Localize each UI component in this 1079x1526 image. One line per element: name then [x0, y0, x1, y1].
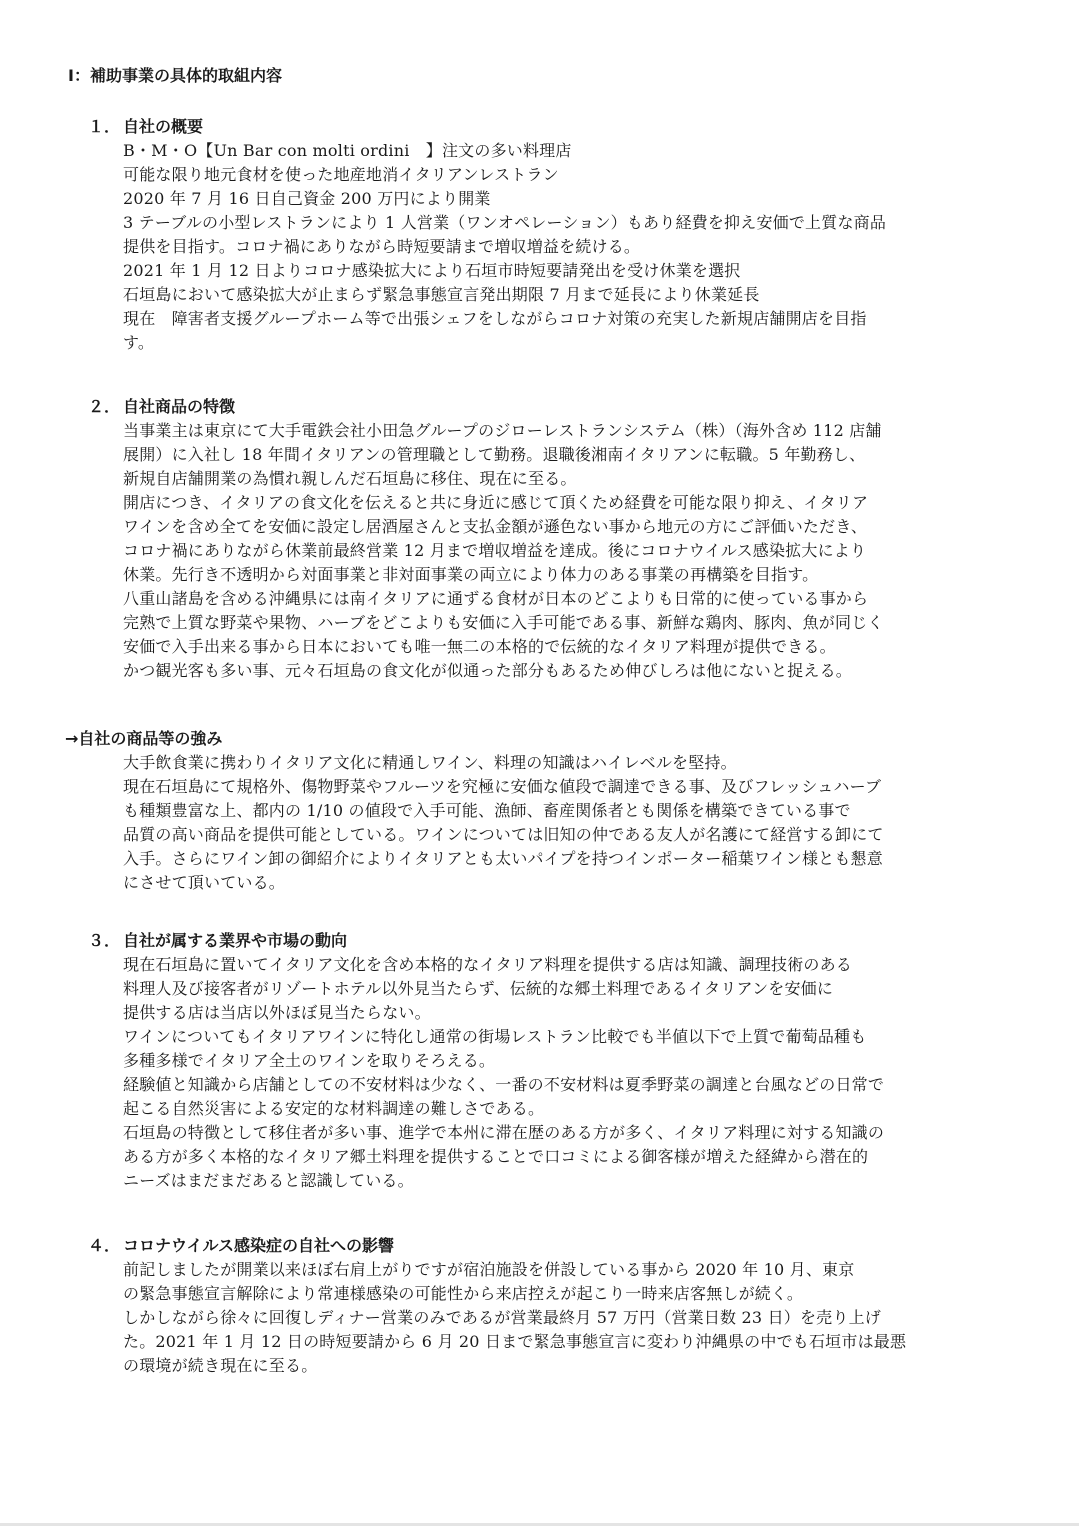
body-line: 3 テーブルの小型レストランにより 1 人営業（ワンオペレーション）もあり経費を… [123, 211, 1023, 235]
body-line: 多種多様でイタリア全土のワインを取りそろえる。 [123, 1049, 1023, 1073]
body-line: 2021 年 1 月 12 日よりコロナ感染拡大により石垣市時短要請発出を受け休… [123, 259, 1023, 283]
body-line: 提供する店は当店以外ほぼ見当たらない。 [123, 1001, 1023, 1025]
body-line: 安価で入手出来る事から日本においても唯一無二の本格的で伝統的なイタリア料理が提供… [123, 635, 1023, 659]
section-heading: ２．自社商品の特徴 [88, 395, 235, 419]
body-line: 料理人及び接客者がリゾートホテル以外見当たらず、伝統的な郷土料理であるイタリアン… [123, 977, 1023, 1001]
section-body: B・M・O【Un Bar con molti ordini 】注文の多い料理店 … [123, 139, 1023, 355]
section-heading-text: 自社商品の特徴 [123, 397, 235, 416]
body-line: ある方が多く本格的なイタリア郷土料理を提供することで口コミによる御客様が増えた経… [123, 1145, 1023, 1169]
body-line: 可能な限り地元食材を使った地産地消イタリアンレストラン [123, 163, 1023, 187]
section-heading-text: コロナウイルス感染症の自社への影響 [123, 1236, 394, 1255]
body-line: 入手。さらにワイン卸の御紹介によりイタリアとも太いパイプを持つインポーター稲葉ワ… [123, 847, 1023, 871]
section-number: ３． [88, 929, 123, 953]
body-line: 起こる自然災害による安定的な材料調達の難しさである。 [123, 1097, 1023, 1121]
body-line: B・M・O【Un Bar con molti ordini 】注文の多い料理店 [123, 139, 1023, 163]
body-line: ワインを含め全てを安価に設定し居酒屋さんと支払金額が遜色ない事から地元の方にご評… [123, 515, 1023, 539]
body-line: 前記しましたが開業以来ほぼ右肩上がりですが宿泊施設を併設している事から 2020… [123, 1258, 1023, 1282]
section-body: 現在石垣島に置いてイタリア文化を含め本格的なイタリア料理を提供する店は知識、調理… [123, 953, 1023, 1193]
body-line: 完熟で上質な野菜や果物、ハーブをどこよりも安価に入手可能である事、新鮮な鶏肉、豚… [123, 611, 1023, 635]
body-line: 当事業主は東京にて大手電鉄会社小田急グループのジローレストランシステム（株）（海… [123, 419, 1023, 443]
body-line: 石垣島の特徴として移住者が多い事、進学で本州に滞在歴のある方が多く、イタリア料理… [123, 1121, 1023, 1145]
section-number: １． [88, 115, 123, 139]
body-line: 休業。先行き不透明から対面事業と非対面事業の両立により体力のある事業の再構築を目… [123, 563, 1023, 587]
section-body: 前記しましたが開業以来ほぼ右肩上がりですが宿泊施設を併設している事から 2020… [123, 1258, 1023, 1378]
section-heading-text: 自社の概要 [123, 117, 203, 136]
body-line: 現在石垣島に置いてイタリア文化を含め本格的なイタリア料理を提供する店は知識、調理… [123, 953, 1023, 977]
section-heading-text: 自社の商品等の強み [78, 729, 222, 748]
body-line: しかしながら徐々に回復しディナー営業のみであるが営業最終月 57 万円（営業日数… [123, 1306, 1023, 1330]
body-line: 経験値と知識から店舗としての不安材料は少なく、一番の不安材料は夏季野菜の調達と台… [123, 1073, 1023, 1097]
document-title: Ⅰ：補助事業の具体的取組内容 [68, 64, 282, 88]
section-body: 大手飲食業に携わりイタリア文化に精通しワイン、料理の知識はハイレベルを堅持。 現… [123, 751, 1023, 895]
body-line: 提供を目指す。コロナ禍にありながら時短要請まで増収増益を続ける。 [123, 235, 1023, 259]
section-heading: ４．コロナウイルス感染症の自社への影響 [88, 1234, 394, 1258]
body-line: ワインについてもイタリアワインに特化し通常の街場レストラン比較でも半値以下で上質… [123, 1025, 1023, 1049]
body-line: ニーズはまだまだあると認識している。 [123, 1169, 1023, 1193]
section-heading-text: 自社が属する業界や市場の動向 [123, 931, 347, 950]
body-line: コロナ禍にありながら休業前最終営業 12 月まで増収増益を達成。後にコロナウイル… [123, 539, 1023, 563]
section-heading: ３．自社が属する業界や市場の動向 [88, 929, 347, 953]
body-line: も種類豊富な上、都内の 1/10 の値段で入手可能、漁師、畜産関係者とも関係を構… [123, 799, 1023, 823]
section-body: 当事業主は東京にて大手電鉄会社小田急グループのジローレストランシステム（株）（海… [123, 419, 1023, 683]
body-line: 大手飲食業に携わりイタリア文化に精通しワイン、料理の知識はハイレベルを堅持。 [123, 751, 1023, 775]
body-line: の緊急事態宣言解除により常連様感染の可能性から来店控えが起こり一時来店客無しが続… [123, 1282, 1023, 1306]
body-line: す。 [123, 331, 1023, 355]
section-heading: １．自社の概要 [88, 115, 203, 139]
body-line: 展開）に入社し 18 年間イタリアンの管理職として勤務。退職後湘南イタリアンに転… [123, 443, 1023, 467]
body-line: にさせて頂いている。 [123, 871, 1023, 895]
body-line: 新規自店舗開業の為慣れ親しんだ石垣島に移住、現在に至る。 [123, 467, 1023, 491]
arrow-icon: → [65, 727, 78, 751]
body-line: 開店につき、イタリアの食文化を伝えると共に身近に感じて頂くため経費を可能な限り抑… [123, 491, 1023, 515]
document-page: Ⅰ：補助事業の具体的取組内容 １．自社の概要 B・M・O【Un Bar con … [0, 0, 1079, 1523]
body-line: 現在石垣島にて規格外、傷物野菜やフルーツを究極に安価な値段で調達できる事、及びフ… [123, 775, 1023, 799]
body-line: かつ観光客も多い事、元々石垣島の食文化が似通った部分もあるため伸びしろは他にない… [123, 659, 1023, 683]
body-line: 2020 年 7 月 16 日自己資金 200 万円により開業 [123, 187, 1023, 211]
body-line: 八重山諸島を含める沖縄県には南イタリアに通ずる食材が日本のどこよりも日常的に使っ… [123, 587, 1023, 611]
body-line: 品質の高い商品を提供可能としている。ワインについては旧知の仲である友人が名護にて… [123, 823, 1023, 847]
body-line: 現在 障害者支援グループホーム等で出張シェフをしながらコロナ対策の充実した新規店… [123, 307, 1023, 331]
body-line: た。2021 年 1 月 12 日の時短要請から 6 月 20 日まで緊急事態宣… [123, 1330, 1023, 1354]
section-number: ４． [88, 1234, 123, 1258]
body-line: の環境が続き現在に至る。 [123, 1354, 1023, 1378]
body-line: 石垣島において感染拡大が止まらず緊急事態宣言発出期限 7 月まで延長により休業延… [123, 283, 1023, 307]
section-heading: →自社の商品等の強み [65, 727, 222, 751]
section-number: ２． [88, 395, 123, 419]
